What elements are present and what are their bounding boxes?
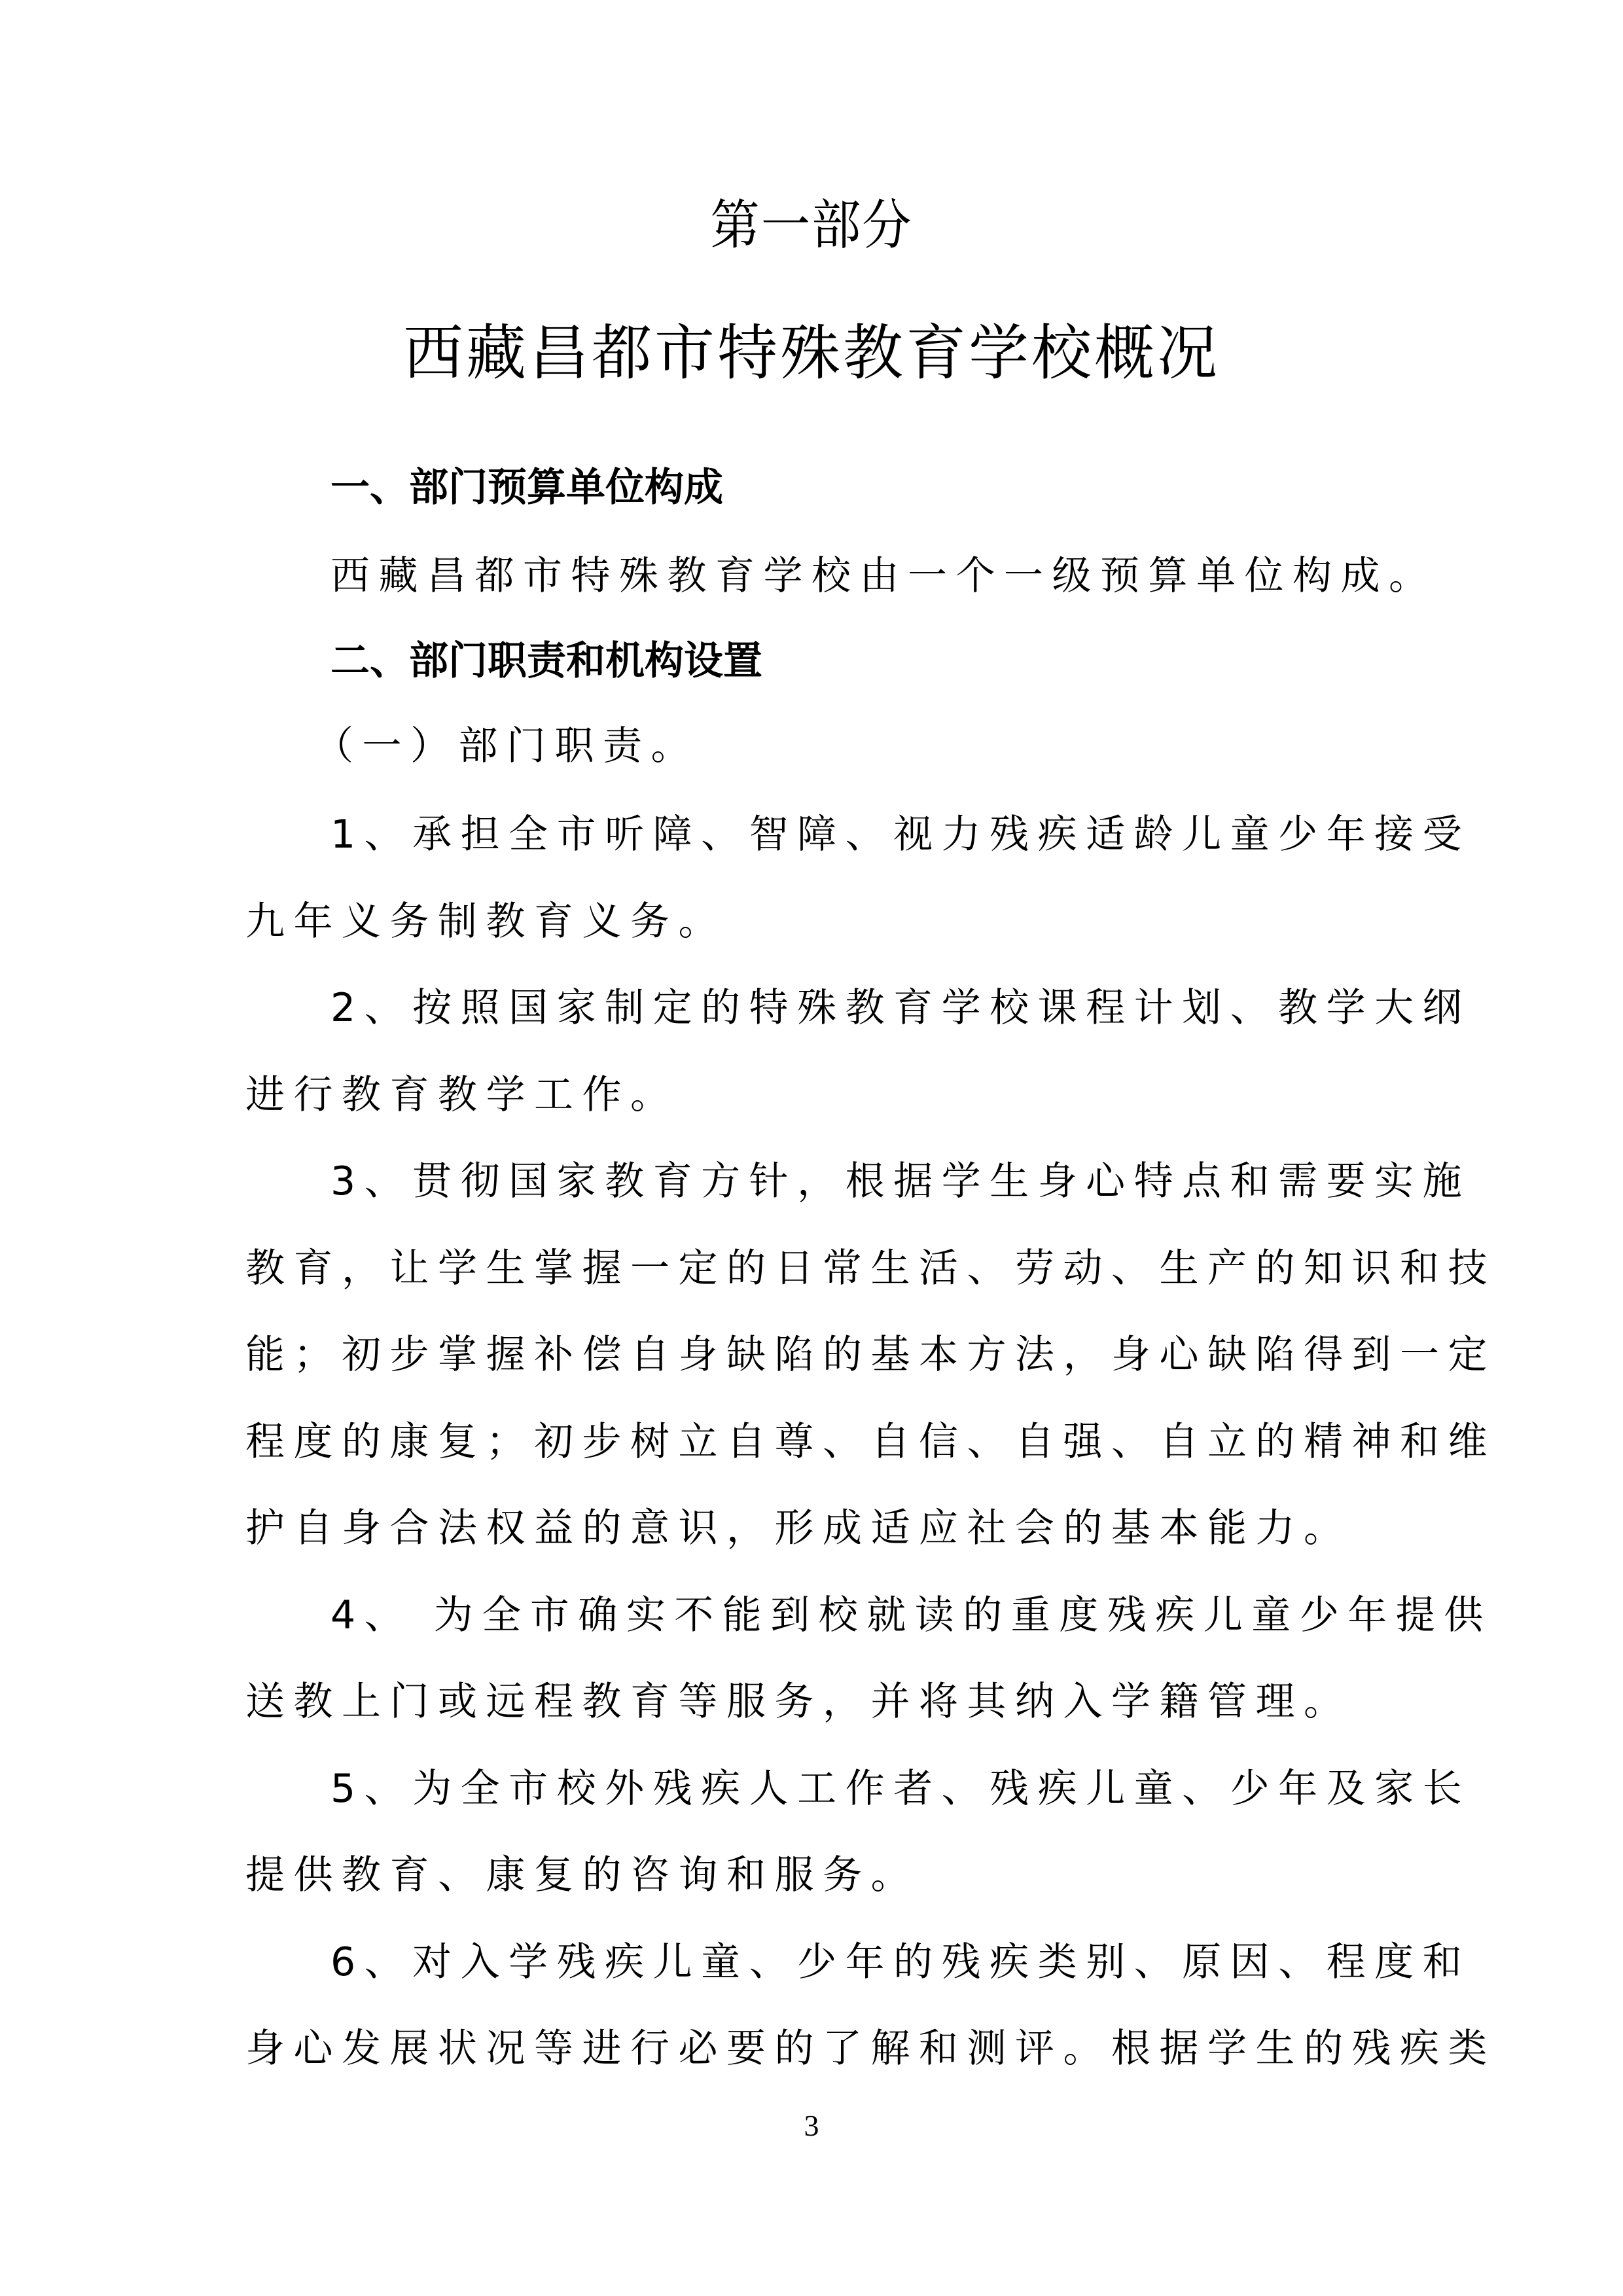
document-page: 第一部分 西藏昌都市特殊教育学校概况 一、部门预算单位构成 西藏昌都市特殊教育学… (0, 0, 1623, 2296)
duty-item-2-line-2: 进行教育教学工作。 (245, 1069, 679, 1121)
duty-item-6-line-1: 6、对入学残疾儿童、少年的残疾类别、原因、程度和 (330, 1936, 1471, 1988)
section-heading-budget-units: 一、部门预算单位构成 (330, 461, 723, 514)
duty-item-3-line-2: 教育，让学生掌握一定的日常生活、劳动、生产的知识和技 (245, 1242, 1496, 1295)
main-title: 西藏昌都市特殊教育学校概况 (0, 314, 1623, 393)
duty-item-3-line-5: 护自身合法权益的意识，形成适应社会的基本能力。 (245, 1502, 1352, 1554)
duty-item-3-line-4: 程度的康复；初步树立自尊、自信、自强、自立的精神和维 (245, 1416, 1496, 1468)
duty-item-5-line-2: 提供教育、康复的咨询和服务。 (245, 1849, 919, 1901)
duty-item-3-line-3: 能；初步掌握补偿自身缺陷的基本方法，身心缺陷得到一定 (245, 1329, 1496, 1381)
duty-item-4-line-2: 送教上门或远程教育等服务，并将其纳入学籍管理。 (245, 1676, 1352, 1728)
duty-item-5-line-1: 5、为全市校外残疾人工作者、残疾儿童、少年及家长 (330, 1763, 1471, 1815)
duty-item-1-line-2: 九年义务制教育义务。 (245, 895, 726, 948)
duty-item-6-line-2: 身心发展状况等进行必要的了解和测评。根据学生的残疾类 (245, 2022, 1496, 2075)
subheading-duties: （一）部门职责。 (314, 720, 699, 772)
part-title: 第一部分 (65, 190, 1558, 262)
page-number: 3 (0, 2106, 1623, 2145)
duty-item-4-line-1: 4、 为全市确实不能到校就读的重度残疾儿童少年提供 (330, 1589, 1492, 1641)
paragraph-budget-units: 西藏昌都市特殊教育学校由一个一级预算单位构成。 (330, 550, 1437, 602)
duty-item-2-line-1: 2、按照国家制定的特殊教育学校课程计划、教学大纲 (330, 982, 1471, 1034)
duty-item-1-line-1: 1、承担全市听障、智障、视力残疾适龄儿童少年接受 (330, 808, 1471, 861)
section-heading-duties: 二、部门职责和机构设置 (330, 635, 762, 687)
duty-item-3-line-1: 3、贯彻国家教育方针，根据学生身心特点和需要实施 (330, 1155, 1471, 1208)
